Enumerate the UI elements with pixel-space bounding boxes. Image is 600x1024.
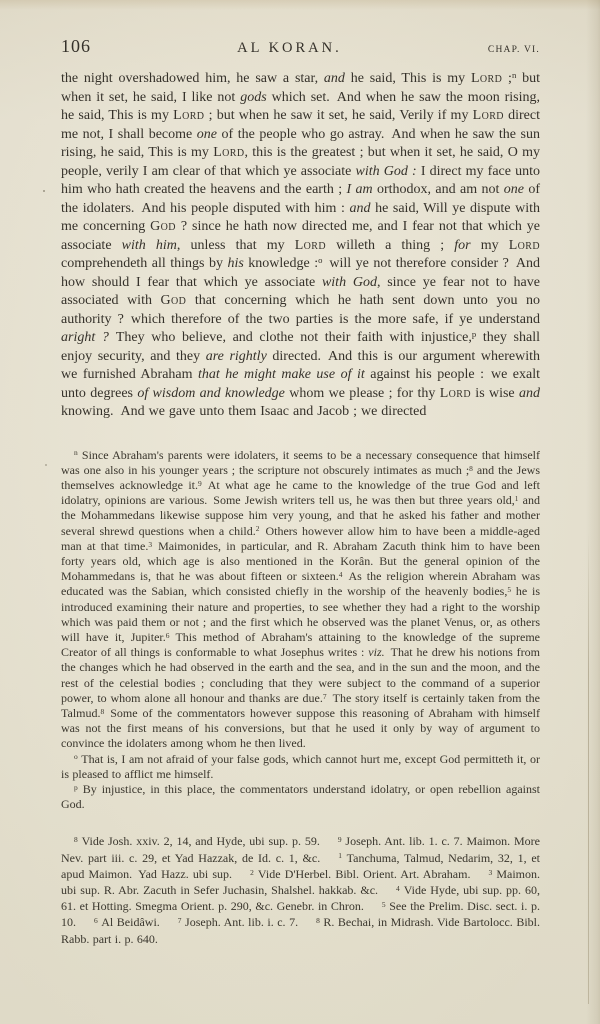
footnote-o: o That is, I am not afraid of your false…: [61, 752, 540, 782]
footnote-n: n Since Abraham's parents were idolaters…: [61, 448, 540, 752]
running-header: 106 AL KORAN. CHAP. VI.: [61, 36, 540, 57]
book-page-scan: 106 AL KORAN. CHAP. VI. the night oversh…: [0, 0, 600, 1024]
body-paragraph: the night overshadowed him, he saw a sta…: [61, 70, 540, 422]
footnotes-block: n Since Abraham's parents were idolaters…: [61, 448, 540, 947]
chapter-label: CHAP. VI.: [488, 45, 540, 55]
references-paragraph: 8 Vide Josh. xxiv. 2, 14, and Hyde, ubi …: [61, 833, 540, 946]
footnote-p: p By injustice, in this place, the comme…: [61, 782, 540, 812]
page-content: 106 AL KORAN. CHAP. VI. the night oversh…: [0, 0, 600, 947]
page-number: 106: [61, 36, 91, 57]
page-title: AL KORAN.: [91, 40, 488, 57]
